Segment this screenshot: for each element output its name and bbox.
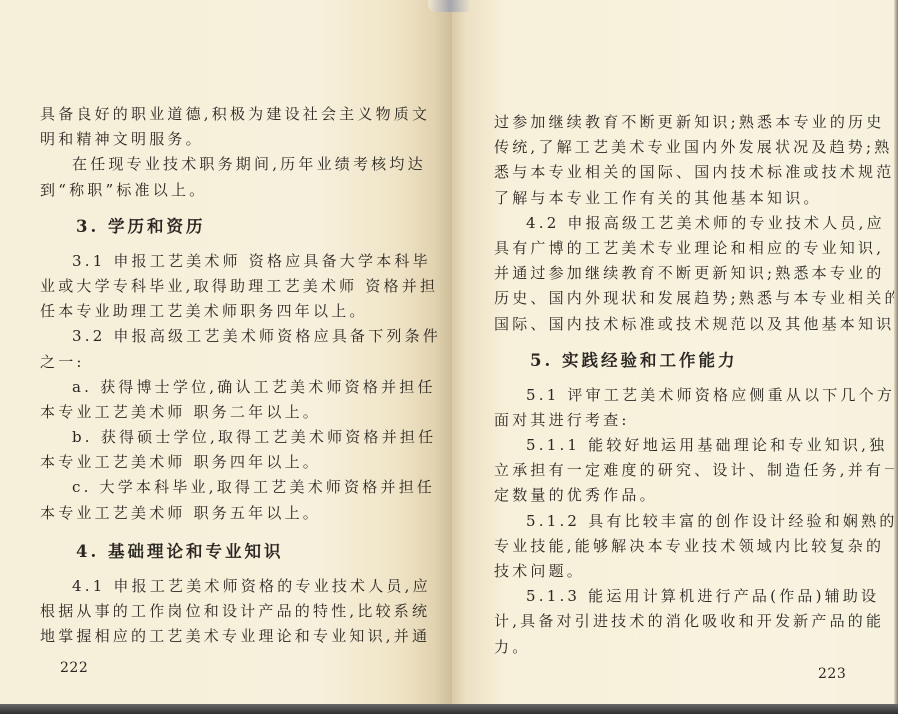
text-line: 技术问题。 [494,559,866,584]
text-line: 在任现专业技术职务期间,历年业绩考核均达 [40,152,420,177]
page-number-left: 222 [60,660,88,676]
page-edge [894,0,898,704]
text-line: 本专业工艺美术师 职务四年以上。 [40,450,420,475]
text-line: 并通过参加继续教育不断更新知识;熟悉本专业的 [494,261,866,286]
text-line: 到“称职”标准以上。 [40,178,420,203]
text-line: 立承担有一定难度的研究、设计、制造任务,并有一 [494,458,866,483]
section-heading-4: 4. 基础理论和专业知识 [40,538,420,566]
text-line: c. 大学本科毕业,取得工艺美术师资格并担任 [40,475,420,500]
scan-bottom-border [0,704,898,714]
section-heading-5: 5. 实践经验和工作能力 [494,347,866,375]
text-line: 计,具备对引进技术的消化吸收和开发新产品的能 [494,609,866,634]
text-line: 根据从事的工作岗位和设计产品的特性,比较系统 [40,599,420,624]
text-line: 专业技能,能够解决本专业技术领域内比较复杂的 [494,534,866,559]
section-heading-3: 3. 学历和资历 [40,213,420,241]
text-line: 本专业工艺美术师 职务五年以上。 [40,501,420,526]
text-line: 明和精神文明服务。 [40,127,420,152]
text-line: 悉与本专业相关的国际、国内技术标准或技术规范; [494,160,866,185]
left-page: 具备良好的职业道德,积极为建设社会主义物质文 明和精神文明服务。 在任现专业技术… [0,0,452,704]
book-spine-gap [428,0,472,12]
text-line: 具备良好的职业道德,积极为建设社会主义物质文 [40,102,420,127]
left-page-body: 具备良好的职业道德,积极为建设社会主义物质文 明和精神文明服务。 在任现专业技术… [40,102,420,649]
text-line: 5.1 评审工艺美术师资格应侧重从以下几个方 [494,383,866,408]
text-line: 4.1 申报工艺美术师资格的专业技术人员,应 [40,574,420,599]
text-line: 力。 [494,635,866,660]
text-line: b. 获得硕士学位,取得工艺美术师资格并担任 [40,425,420,450]
text-line: 3.2 申报高级工艺美术师资格应具备下列条件 [40,324,420,349]
text-line: 任本专业助理工艺美术师职务四年以上。 [40,299,420,324]
book-spread: 具备良好的职业道德,积极为建设社会主义物质文 明和精神文明服务。 在任现专业技术… [0,0,898,704]
text-line: 面对其进行考查: [494,408,866,433]
text-line: 具有广博的工艺美术专业理论和相应的专业知识, [494,236,866,261]
text-line: 5.1.3 能运用计算机进行产品(作品)辅助设 [494,584,866,609]
text-line: 传统,了解工艺美术专业国内外发展状况及趋势;熟 [494,135,866,160]
text-line: 过参加继续教育不断更新知识;熟悉本专业的历史 [494,110,866,135]
right-page-body: 过参加继续教育不断更新知识;熟悉本专业的历史 传统,了解工艺美术专业国内外发展状… [494,110,866,660]
text-line: 地掌握相应的工艺美术专业理论和专业知识,并通 [40,624,420,649]
text-line: 业或大学专科毕业,取得助理工艺美术师 资格并担 [40,274,420,299]
text-line: 历史、国内外现状和发展趋势;熟悉与本专业相关的 [494,286,866,311]
text-line: 5.1.1 能较好地运用基础理论和专业知识,独 [494,433,866,458]
text-line: 本专业工艺美术师 职务二年以上。 [40,400,420,425]
text-line: 了解与本专业工作有关的其他基本知识。 [494,186,866,211]
text-line: 3.1 申报工艺美术师 资格应具备大学本科毕 [40,249,420,274]
text-line: 5.1.2 具有比较丰富的创作设计经验和娴熟的 [494,509,866,534]
text-line: 国际、国内技术标准或技术规范以及其他基本知识。 [494,312,866,337]
page-number-right: 223 [818,666,846,682]
text-line: 定数量的优秀作品。 [494,483,866,508]
text-line: 之一: [40,350,420,375]
text-line: 4.2 申报高级工艺美术师的专业技术人员,应 [494,211,866,236]
text-line: a. 获得博士学位,确认工艺美术师资格并担任 [40,375,420,400]
